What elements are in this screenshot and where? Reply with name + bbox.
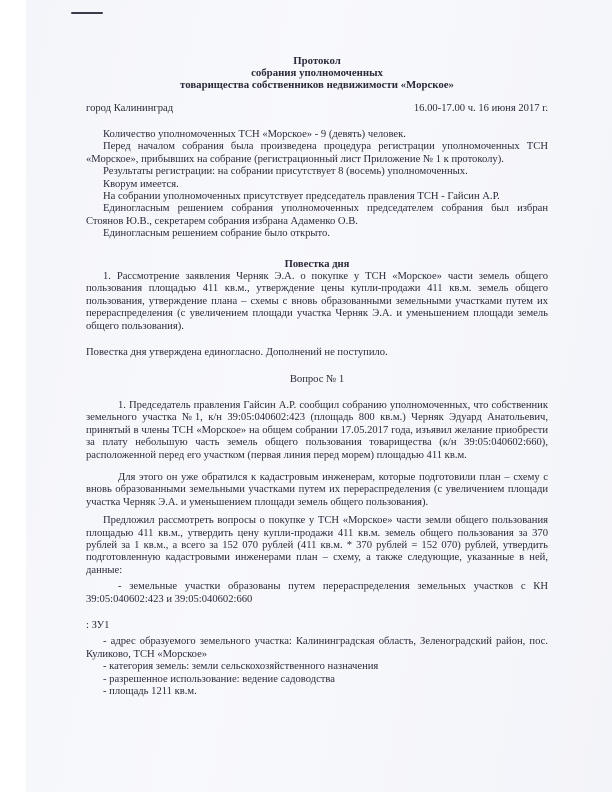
intro-paragraph: Количество уполномоченных ТСН «Морское» … bbox=[86, 129, 548, 141]
title-line-1: Протокол bbox=[86, 55, 548, 67]
question-paragraph: - земельные участки образованы путем пер… bbox=[86, 581, 548, 606]
scan-mark bbox=[71, 12, 103, 14]
plot-label: : ЗУ1 bbox=[86, 620, 548, 632]
question-heading: Вопрос № 1 bbox=[86, 374, 548, 386]
document-body: Протокол собрания уполномоченных товарищ… bbox=[86, 55, 548, 698]
datetime: 16.00-17.00 ч. 16 июня 2017 г. bbox=[414, 103, 548, 115]
intro-paragraph: Результаты регистрации: на собрании прис… bbox=[86, 166, 548, 178]
intro-paragraph: На собрании уполномоченных присутствует … bbox=[86, 191, 548, 203]
title-line-2: собрания уполномоченных bbox=[86, 67, 548, 79]
plot-detail: - адрес образуемого земельного участка: … bbox=[86, 636, 548, 661]
plot-detail: - разрешенное использование: ведение сад… bbox=[86, 674, 548, 686]
question-paragraph: Предложил рассмотреть вопросы о покупке … bbox=[86, 515, 548, 577]
agenda-section: Повестка дня 1. Рассмотрение заявления Ч… bbox=[86, 259, 548, 360]
plot-detail: - категория земель: земли сельскохозяйст… bbox=[86, 661, 548, 673]
intro-paragraph: Единогласным решением собрание было откр… bbox=[86, 228, 548, 240]
intro-section: Количество уполномоченных ТСН «Морское» … bbox=[86, 129, 548, 241]
plot-detail: - площадь 1211 кв.м. bbox=[86, 686, 548, 698]
question-paragraph: Для этого он уже обратился к кадастровым… bbox=[86, 472, 548, 509]
agenda-approved: Повестка дня утверждена единогласно. Доп… bbox=[86, 347, 548, 359]
question-section: Вопрос № 1 1. Председатель правления Гай… bbox=[86, 374, 548, 699]
agenda-heading: Повестка дня bbox=[86, 259, 548, 271]
city: город Калининград bbox=[86, 103, 173, 115]
agenda-item: 1. Рассмотрение заявления Черняк Э.А. о … bbox=[86, 271, 548, 333]
intro-paragraph: Кворум имеется. bbox=[86, 179, 548, 191]
document-meta: город Калининград 16.00-17.00 ч. 16 июня… bbox=[86, 103, 548, 115]
question-paragraph: 1. Председатель правления Гайсин А.Р. со… bbox=[86, 400, 548, 462]
title-line-3: товарищества собственников недвижимости … bbox=[86, 79, 548, 91]
intro-paragraph: Перед началом собрания была произведена … bbox=[86, 141, 548, 166]
document-title: Протокол собрания уполномоченных товарищ… bbox=[86, 55, 548, 92]
intro-paragraph: Единогласным решением собрания уполномоч… bbox=[86, 203, 548, 228]
